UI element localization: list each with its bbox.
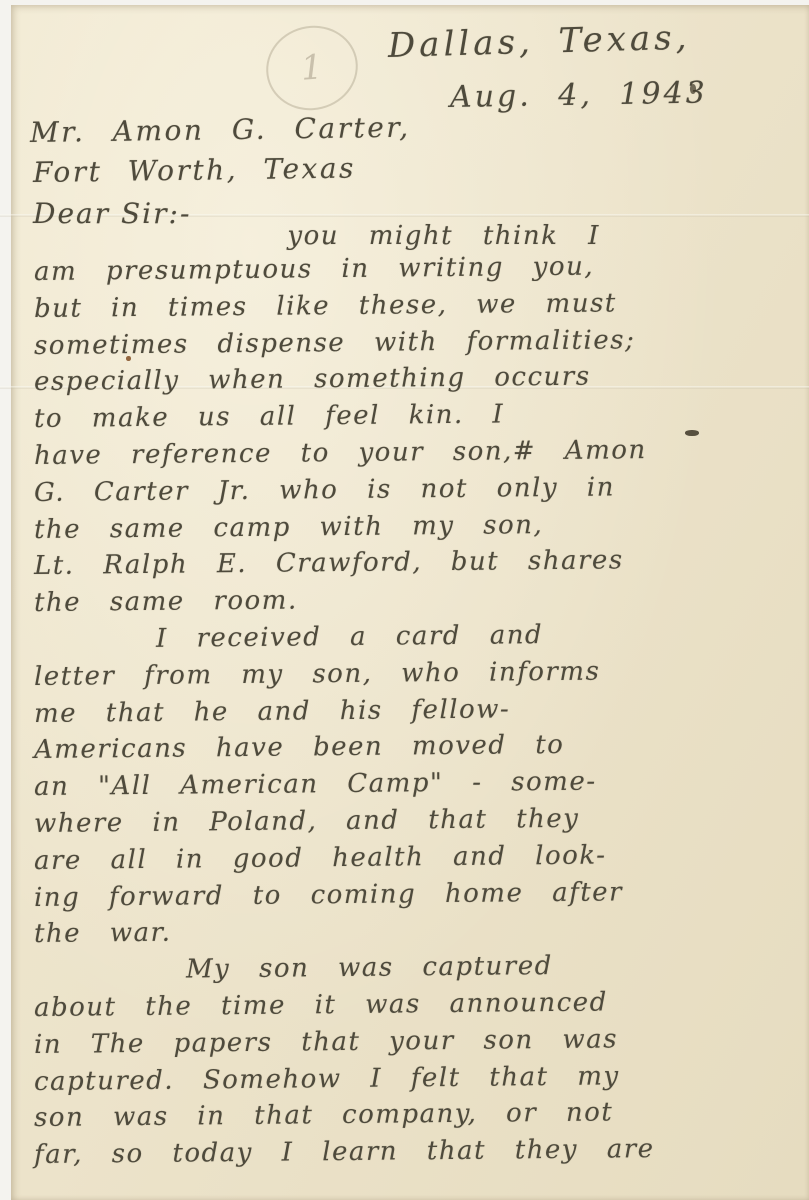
salutation-continuation: you might think I — [287, 221, 599, 251]
salutation-row: Dear Sir:-you might think I — [33, 197, 600, 230]
ink-speck — [126, 356, 131, 361]
letter-body: am presumptuous in writing you,but in ti… — [34, 254, 800, 1174]
heading-place: Dallas, Texas, — [387, 18, 690, 66]
heading-date: Aug. 4, 1943 — [450, 76, 708, 115]
ink-speck — [685, 430, 699, 436]
recipient-city: Fort Worth, Texas — [33, 151, 356, 189]
salutation: Dear Sir:- — [33, 197, 191, 230]
pencil-mark-label: 1 — [300, 47, 324, 88]
letter-line: far, so today I learn that they are — [34, 1130, 800, 1174]
recipient-name: Mr. Amon G. Carter, — [30, 111, 411, 149]
scanned-letter-page: 1 Dallas, Texas, Aug. 4, 1943 Mr. Amon G… — [0, 0, 809, 1200]
ink-speck — [690, 84, 696, 94]
